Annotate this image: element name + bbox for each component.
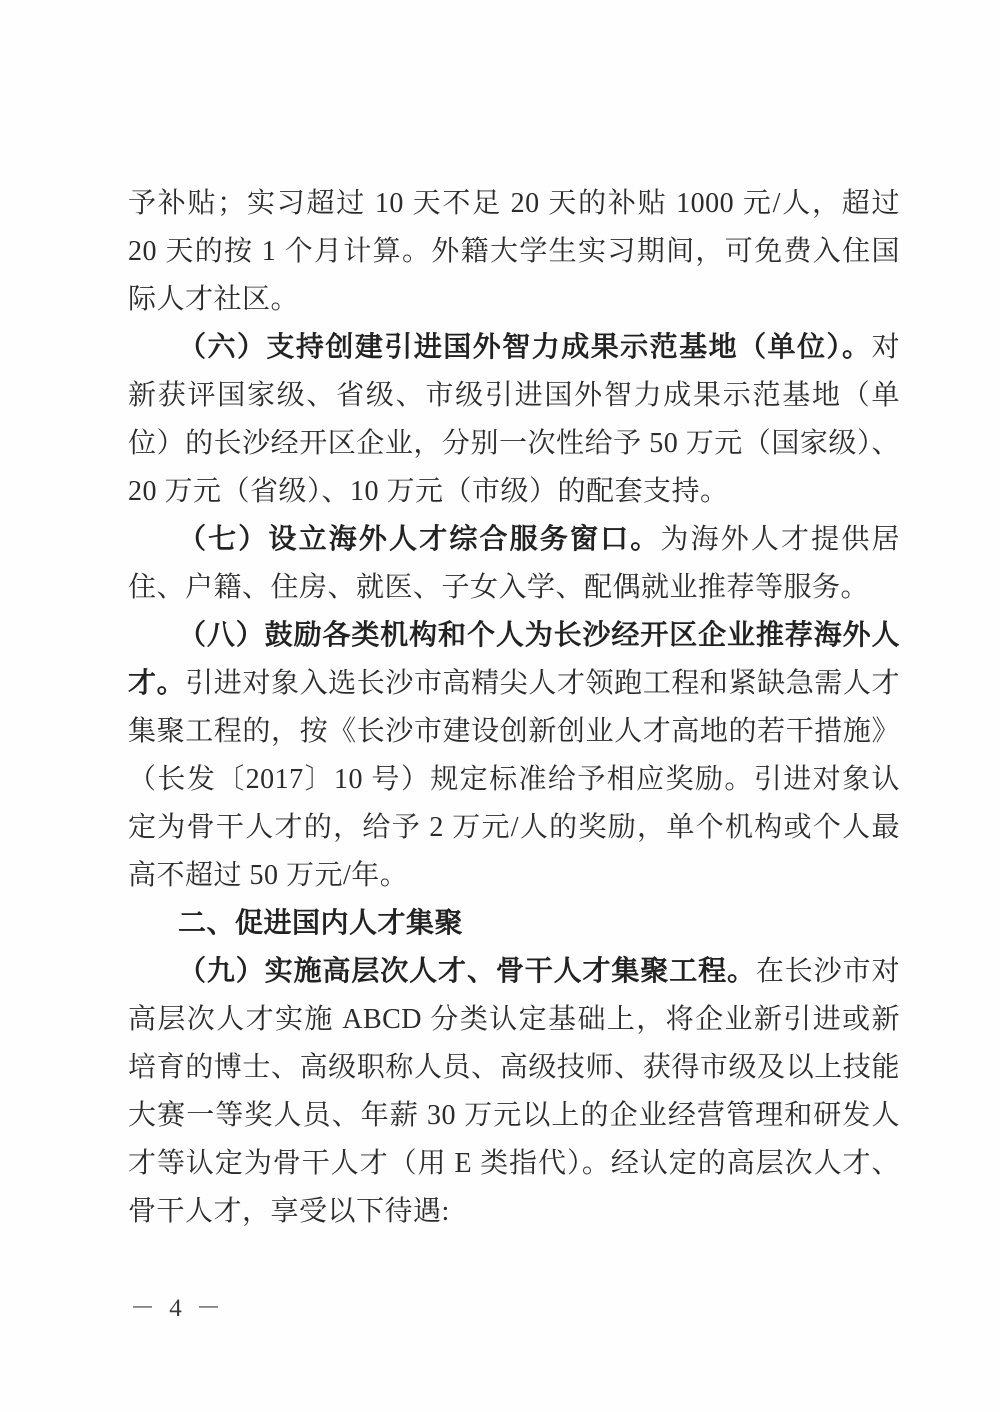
clause-6-lead: （六）支持创建引进国外智力成果示范基地（单位）。 [178,332,871,363]
clause-8-text: 引进对象入选长沙市高精尖人才领跑工程和紧缺急需人才集聚工程的，按《长沙市建设创新… [128,668,900,891]
paragraph-continuation: 予补贴；实习超过 10 天不足 20 天的补贴 1000 元/人，超过 20 天… [128,180,900,324]
paragraph-text: 予补贴；实习超过 10 天不足 20 天的补贴 1000 元/人，超过 20 天… [128,188,900,315]
section-heading: 二、促进国内人才集聚 [128,900,900,948]
paragraph-clause-8: （八）鼓励各类机构和个人为长沙经开区企业推荐海外人才。引进对象入选长沙市高精尖人… [128,612,900,900]
paragraph-clause-7: （七）设立海外人才综合服务窗口。为海外人才提供居住、户籍、住房、就医、子女入学、… [128,516,900,612]
document-page: 予补贴；实习超过 10 天不足 20 天的补贴 1000 元/人，超过 20 天… [0,0,1000,1412]
clause-9-text: 在长沙市对高层次人才实施 ABCD 分类认定基础上，将企业新引进或新培育的博士、… [128,956,900,1227]
paragraph-clause-9: （九）实施高层次人才、骨干人才集聚工程。在长沙市对高层次人才实施 ABCD 分类… [128,948,900,1236]
section-heading-text: 二、促进国内人才集聚 [178,908,463,939]
clause-7-lead: （七）设立海外人才综合服务窗口。 [178,524,660,555]
clause-9-lead: （九）实施高层次人才、骨干人才集聚工程。 [178,956,756,987]
page-number: － 4 － [130,1288,225,1324]
paragraph-clause-6: （六）支持创建引进国外智力成果示范基地（单位）。对新获评国家级、省级、市级引进国… [128,324,900,516]
document-body: 予补贴；实习超过 10 天不足 20 天的补贴 1000 元/人，超过 20 天… [128,180,900,1236]
